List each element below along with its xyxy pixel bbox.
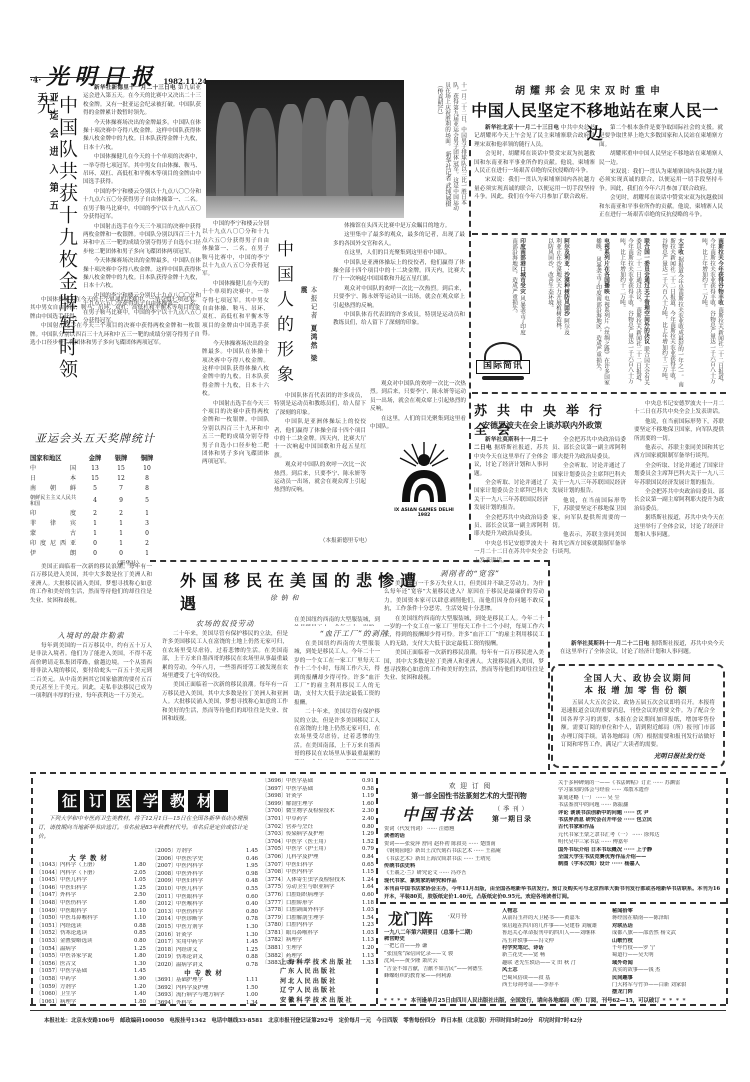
textbook-price: 0.80	[128, 938, 146, 946]
textbook-price: 1.52	[356, 839, 374, 847]
intl-news-item: 联合国一委员会通过关于管理空间外的决议 联合国大会有关委员会二十二日通过决议。 …	[614, 238, 650, 388]
intl-news-item: 大丰收 据报道今年是南斯拉夫农业收成最好的一年之一。 南斯拉夫新闻社二十二日报道…	[654, 238, 684, 388]
textbook-name: 口腔矫形学	[286, 900, 356, 908]
textbook-name: 中医妇科学	[176, 878, 240, 886]
textbook-price: 1.25	[128, 946, 146, 954]
immigrant-section-body: 在美国纽约西南的大型服装城，到处是移民工人。今年二十一岁的一个女工在一家工厂里每…	[294, 640, 380, 760]
textbook-row: 〔3708〕中医内科学1.15	[262, 869, 374, 877]
textbook-name: 中医方剂学	[176, 924, 240, 932]
section-heading: 秘闻拾零	[612, 908, 722, 915]
textbook-price: 0.46	[240, 856, 258, 864]
notice-box: 全国人大、政协会议期间 本报增加零售份额 五届人大五次会议、政协五届五次会议即将…	[551, 664, 725, 768]
textbook-row: 〔2007〕中医内科学1.95	[152, 863, 258, 871]
intl-news-item: 阿尔及利亚：沙漠种树防风固沙 阿尔及利亚正在沙漠地区大力开展植树造林，以防风固沙…	[530, 238, 570, 338]
asian-games-body-cont: 中国体操健儿在今天的十个单项的决赛中，一举夺得七项冠军。其中男女自由体操、鞍马、…	[30, 296, 200, 378]
textbook-row: 〔1055〕中医各家学说1.80	[36, 953, 146, 961]
textbook-price: 1.80	[128, 953, 146, 961]
textbook-code: 〔2007〕	[152, 863, 176, 871]
immigrant-intro: 美国正面临着一次新的移民浪潮。每年有一百万移民进入美国，其中大多数是拉丁美洲人和…	[30, 563, 152, 625]
textbook-code: 〔3777〕	[262, 900, 286, 908]
textbook-name: 中医学基础	[60, 968, 128, 976]
textbook-row: 〔1053〕金匮要略选读0.80	[36, 938, 146, 946]
textbook-row: 〔2016〕针灸学1.30	[152, 932, 258, 940]
textbook-price: 1.60	[128, 900, 146, 908]
textbook-name: 中医妇科学	[60, 885, 128, 893]
toc-item: 沈风——黄少隆 萧庆云	[384, 958, 496, 965]
textbook-name: 中医眼科学	[60, 908, 128, 916]
toc-item: 关于多种碑刻的一——《书法碑帖》订正 ······ 苏渊雷	[558, 780, 724, 787]
textbook-code: 〔1048〕	[36, 900, 60, 908]
textbook-code: 〔3708〕	[262, 869, 286, 877]
textbook-code: 〔1043〕	[36, 862, 60, 870]
textbook-name: 中医儿科学	[176, 886, 240, 894]
textbook-price: 0.85	[128, 930, 146, 938]
medal-table-header: 国家和地区 金牌 银牌 铜牌	[30, 452, 160, 463]
textbook-row: 〔3705〕中医学（护士用）0.79	[262, 846, 374, 854]
textbook-row: 〔1054〕温病学1.25	[36, 946, 146, 954]
toc-item: 明代吴中三家书法 ······ 傅嘉年	[558, 839, 724, 846]
textbook-name: 病理学	[286, 937, 356, 945]
notice-body: 五届人大五次会议、政协五届五次会议即将召开。本报将迅速报道会议的重要消息，刊登会…	[561, 699, 715, 749]
toc-item: 《钢刻园地》新出土汉代刻石书法艺术 ······ 王福庵	[384, 848, 554, 855]
textbook-row: 〔3698〕针灸学1.19	[262, 793, 374, 801]
textbook-name: 中医学基础	[286, 778, 356, 786]
textbook-code: 〔3696〕	[262, 778, 286, 786]
medal-row: 蒙古110	[30, 528, 160, 538]
footer-rule	[30, 1010, 726, 1011]
hu-article-col2: 第二个根本条件是要争取国际社会的支援。就是要争取世界上绝大多数国家和人民站在柬埔…	[599, 124, 723, 228]
textbook-price: 2.50	[128, 892, 146, 900]
textbook-code: 〔3691〕	[152, 977, 176, 985]
textbook-code: 〔1057〕	[36, 968, 60, 976]
textbook-name: 口腔颌面外科学	[286, 907, 356, 915]
textbook-row: 〔3707〕中医妇科学0.65	[262, 862, 374, 870]
textbook-row: 〔3700〕微生物学及检验技术2.30	[262, 808, 374, 816]
med-textbooks-title-text: 征订医学教材	[58, 790, 228, 812]
intl-news-item: 南斯拉夫今年获得谷物丰收 南斯拉夫新闻社二十二日报道，今年南斯拉夫农业获得丰收，…	[688, 238, 724, 388]
textbook-price: 1.03	[356, 907, 374, 915]
notice-title-1: 全国人大、政协会议期间	[561, 672, 715, 684]
textbook-name: 中医学（护士用）	[286, 846, 356, 854]
longmenzhen-col1: 稗官野史一把匕首——孙 谦“张国焘”深信回忆录——文 骏沈风——黄少隆 萧庆云“…	[384, 936, 496, 994]
hu-article-kicker: 胡耀邦会见宋双时重申	[480, 82, 700, 97]
toc-item: 贺词——张爱萍 舒同 赵朴初 陈叔亮 ······ 楚图南	[384, 841, 554, 848]
textbook-price: 1.95	[240, 863, 258, 871]
longmenzhen-footer: * * * * 本刊逢单月25日由四川人民出版社出版，全国发行，请向各地邮局（所…	[384, 996, 724, 1004]
toc-item: 篆刻述略（一） ······ 吴 尘	[558, 795, 724, 802]
textbook-code: 〔1058〕	[36, 976, 60, 984]
textbook-price: 1.54	[356, 915, 374, 923]
immigrant-byline: 徐钠和	[270, 592, 330, 602]
textbook-price: 1.25	[128, 885, 146, 893]
page-number: ·4·	[30, 75, 41, 85]
section-heading: 风土志	[502, 967, 606, 974]
textbook-row: 〔3701〕中草药学2.40	[262, 816, 374, 824]
textbook-price: 1.30	[240, 924, 258, 932]
textbook-price: 1.30	[240, 932, 258, 940]
calligraphy-footer: 本刊由中国书法家协会主办，今年11月出版，由全国各地新华书店发行。预订及购买可与…	[384, 886, 724, 902]
textbook-name: 口腔解剖生理学	[286, 915, 356, 923]
textbook-row: 〔3776〕口腔组织病理学0.60	[262, 892, 374, 900]
photo-caption: 十一月二十二日，中国男子排球队以三比一胜日本队，获得第九届亚运会男子团体冠军。这…	[407, 82, 467, 212]
textbook-name: 中医内科学	[176, 863, 240, 871]
publisher-name: 上海科学技术出版社	[280, 958, 370, 967]
immigrant-section-title: 入境时的敲诈勒索	[30, 630, 152, 641]
toc-item: 蜂蝶组织的教育家——何利源	[384, 973, 496, 980]
textbook-code: 〔3700〕	[262, 808, 286, 816]
textbook-code: 〔1050〕	[36, 915, 60, 923]
toc-item: 蒋经国在赣南——陈泽昭	[612, 915, 722, 922]
textbook-name: 解剖生理学	[286, 801, 356, 809]
textbook-name: 中医医学史	[176, 856, 240, 864]
medal-row: 印度尼西亚012	[30, 538, 160, 548]
toc-item: 蜀道行——吴天明	[612, 952, 722, 959]
textbook-price: 1.45	[240, 848, 258, 856]
textbook-name: 内科学（上册）	[60, 862, 128, 870]
textbook-row: 〔1060〕卫生学1.40	[36, 991, 146, 999]
medal-row: 南朝鲜578	[30, 483, 160, 493]
toc-item: 全国大学生书法竞赛优秀作品介绍——	[558, 854, 724, 861]
textbook-code: 〔1052〕	[36, 930, 60, 938]
column-divider	[548, 560, 551, 770]
medal-row: 伊朗001	[30, 548, 160, 558]
toc-item: 评论 谈谈书法创新中的问题 ······ 沈 尹	[558, 810, 724, 817]
ad-border-right	[726, 778, 729, 1004]
image-article-headline: 中国人的形象	[270, 240, 294, 390]
med-textbooks-title: 征订医学教材	[58, 790, 238, 812]
section-heading: 域外奇闻	[612, 960, 722, 967]
section-divider	[472, 392, 726, 395]
textbook-price: 0.88	[128, 923, 146, 931]
toc-item: “张国焘”深信回忆录——文 骏	[384, 951, 496, 958]
ad-border-left	[31, 778, 34, 1004]
textbook-code: 〔2009〕	[152, 878, 176, 886]
textbook-price: 1.60	[356, 801, 374, 809]
toc-item: 西王母祠考证——李荐平	[502, 982, 606, 989]
textbook-code: 〔3776〕	[262, 892, 286, 900]
textbook-name: 伤寒论选读	[60, 930, 128, 938]
soviet-col2: 全会把苏共中央政治局委员、部长会议第一副主席阿利耶夫提升为政治局委员。 全会听取…	[552, 436, 626, 636]
section-heading: 村学究笔记、诗话	[502, 945, 606, 952]
medal-table: 国家和地区 金牌 银牌 铜牌 中国131510 日本15128 南朝鲜578 朝…	[30, 452, 160, 558]
med-textbooks-intro: 下列大学和中专医药卫生类教材，将于12月1日—15日在全国各新华书店办理预订，请…	[38, 815, 248, 843]
toc-item: 巴蜀风俗谈——叔 基	[502, 975, 606, 982]
textbook-price: 2.05	[128, 870, 146, 878]
textbook-name: 金匮要略选读	[60, 938, 128, 946]
toc-item: 《书法艺术》新出上海汉简隶书法 ······ 王靖宪	[384, 856, 554, 863]
textbook-price: 0.98	[240, 871, 258, 879]
textbook-name: 卫生学	[60, 991, 128, 999]
longmenzhen-frequency: ·双月刊·	[448, 912, 488, 920]
textbook-code: 〔3782〕	[262, 937, 286, 945]
image-article-source: （本报新德里专电）	[290, 537, 400, 546]
textbook-name: 内科学（下册）	[60, 870, 128, 878]
textbook-name: 中医伤科学	[176, 909, 240, 917]
textbook-code: 〔3706〕	[262, 854, 286, 862]
soviet-lower: 新华社莫斯科十一月二十二日电 据塔斯社报道，苏共中央今天在这里举行了全体会议，讨…	[560, 640, 724, 658]
immigrant-col3-top: 在美国纽约西南的大型服装城，到处是移民工人。今年二十一岁的一个女工在一家工厂里每…	[294, 616, 380, 626]
textbook-row: 〔3693〕流行病学与地方病学1.00	[152, 992, 258, 1000]
footer-info: 本报社址：北京永安路106号 邮政编码100050 电报挂号1342 电话中继线…	[44, 1016, 724, 1024]
textbook-name: 流行病学与地方病学	[176, 992, 240, 1000]
textbook-price: 0.80	[356, 824, 374, 832]
ad-border-right	[376, 778, 379, 1004]
section-divider	[150, 560, 550, 563]
medal-row: 印度221	[30, 508, 160, 518]
toc-item: 现代书家、篆刻家的研究和作品	[384, 878, 554, 884]
toc-item: 制图（字本汉简）设计 ······ 杨嘉人	[558, 861, 724, 868]
textbook-price: 1.10	[128, 915, 146, 923]
emblem-caption: IX ASIAN GAMES DELHI 1982	[392, 508, 456, 518]
textbook-name: 中医伤科学	[60, 900, 128, 908]
longmenzhen-col2: 人物志从前冯玉祥的大卫秘书——黄嘉禾梁启超在四川的几件事——吴建春 刘履雄鲁迅关…	[502, 908, 606, 994]
textbook-price: 2.30	[356, 808, 374, 816]
textbook-price: 0.60	[240, 894, 258, 902]
toc-item: 成都八旗——邵浩然 杨文武	[612, 930, 722, 937]
textbook-price: 1.13	[356, 937, 374, 945]
textbook-name: 口腔组织病理学	[286, 892, 356, 900]
textbook-name: 医古文	[60, 961, 128, 969]
section-divider	[30, 772, 726, 775]
toc-item: 书法界消息 研究会召开年会 ······ 包立民	[558, 817, 724, 824]
publisher-name: 辽宁人民出版社	[280, 986, 370, 995]
section-divider	[472, 233, 726, 236]
textbook-code: 〔2012〕	[152, 901, 176, 909]
textbook-name: 中医诊断学	[176, 916, 240, 924]
calligraphy-welcome: 欢迎订阅	[432, 780, 512, 790]
textbook-price: 1.80	[128, 862, 146, 870]
medal-table-block: 亚运会头五天奖牌统计 国家和地区 金牌 银牌 铜牌 中国131510 日本151…	[30, 430, 160, 560]
textbook-price: 0.78	[240, 916, 258, 924]
asian-games-body-col2: 中国的李宁和楼云分别以十九点八〇〇分和十九点六五〇分获得男子自由体操第一、二名。…	[202, 220, 269, 560]
textbook-name: 中医耳鼻喉科学	[60, 915, 128, 923]
textbook-name: 生理学	[286, 945, 356, 953]
publisher-list: 上海科学技术出版社广东人民出版社河北人民出版社辽宁人民出版社安徽科学技术出版社	[280, 958, 370, 1008]
textbook-price: 0.48	[240, 878, 258, 886]
textbook-name: 外科学	[60, 892, 128, 900]
textbook-name: 针灸学	[176, 932, 240, 940]
textbook-name: 内经讲义	[176, 947, 240, 955]
textbook-name: 方剂学	[176, 848, 240, 856]
textbook-price: 1.11	[240, 977, 258, 985]
intl-news-column-title: 国际简讯	[476, 360, 530, 374]
textbook-row: 〔3703〕传染病学及护理1.29	[262, 831, 374, 839]
toc-item: 梁启超在四川的几件事——吴建春 刘履雄	[502, 923, 606, 930]
textbook-price: 0.40	[240, 901, 258, 909]
textbook-row: 〔2019〕伤寒论讲义0.88	[152, 954, 258, 962]
textbook-name: 中医学（医士用）	[286, 839, 356, 847]
medal-row: 朝鲜民主主义人民共和国495	[30, 493, 160, 508]
textbook-row: 〔2012〕中医喉科学0.40	[152, 901, 258, 909]
textbook-code: 〔3705〕	[262, 846, 286, 854]
textbook-row: 〔1045〕中医儿科学1.05	[36, 877, 146, 885]
longmenzhen-col3: 秘闻拾零蒋经国在赣南——陈泽昭对联丛话成都八旗——邵浩然 杨文武山歌竹枝千年竹枝…	[612, 908, 722, 994]
intl-news-block: 南斯拉夫今年获得谷物丰收 南斯拉夫新闻社二十二日报道，今年南斯拉夫农业获得丰收，…	[472, 238, 726, 390]
toc-item: 《王羲之·兰》研究论文 ······ 冯亦吾	[384, 870, 554, 877]
textbook-price: 1.24	[356, 877, 374, 885]
textbook-price: 1.20	[128, 984, 146, 992]
textbook-row: 〔1058〕中药学1.90	[36, 976, 146, 984]
calligraphy-ad: 欢迎订阅 第一部全国性书法篆刻艺术的大型刊物 中国书法 （季刊） 第一期目录 贺…	[382, 778, 726, 918]
textbook-name: 中医外科学	[176, 871, 240, 879]
textbook-code: 〔3693〕	[152, 992, 176, 1000]
image-article-body: 体操馆在头四天比赛中是万众瞩目的地方。 这里集中了最多的观众，最多的记者，出现了…	[333, 222, 465, 382]
longmenzhen-ad: 龙门阵 ·双月刊· 一九八二年第六期要目（总第十二期） 稗官野史一把匕首——孙 …	[382, 908, 726, 1006]
image-article-byline: 本报记者 夏鸿然 梁 震	[296, 286, 318, 366]
asian-games-emblem: IX ASIAN GAMES DELHI 1982	[392, 440, 456, 520]
textbook-name: 口腔内科学	[286, 922, 356, 930]
textbook-price: 0.84	[356, 854, 374, 862]
immigrant-section-title: 农场的奴役劳动	[162, 618, 288, 629]
immigrant-section-title: 剥削者的“宽容”	[400, 568, 540, 579]
textbook-name: 中草药学	[286, 816, 356, 824]
textbook-row: 〔3775〕劳动卫生与职业病学1.64	[262, 884, 374, 892]
textbook-row: 〔1052〕伤寒论选读0.85	[36, 930, 146, 938]
textbook-row: 〔1047〕外科学2.50	[36, 892, 146, 900]
longmenzhen-issue: 一九八二年第六期要目（总第十二期）	[384, 928, 504, 936]
vocational-textbooks-heading: 中专教材	[170, 968, 240, 977]
toc-item: 趣联 老先生轶话——文 田 秋 汀	[502, 960, 606, 967]
calligraphy-toc-left: 贺词（代发刊词） ······ 汪德翘读者的话贺词——张爱萍 舒同 赵朴初 陈叔…	[384, 826, 554, 884]
intl-news-logo: 国际简讯	[476, 342, 530, 384]
asian-games-dateline: 新华社新德里十一月二十三日电	[94, 85, 176, 91]
toc-item: 学习篆刻的体会与经验 ······ 邓散木遗作	[558, 787, 724, 794]
textbook-price: 0.55	[240, 886, 258, 894]
textbook-price: 1.15	[356, 869, 374, 877]
textbook-code: 〔2010〕	[152, 886, 176, 894]
toc-item: 书法鉴赏中的问题 ······ 陈振濂	[558, 802, 724, 809]
hu-article-col1: 新华社北京十一月二十三日电 中共中央总书记胡耀邦今天上午会见了民主柬埔寨联合政府…	[474, 124, 595, 228]
toc-item: 贺词（代发刊词） ······ 汪德翘	[384, 826, 554, 833]
university-textbooks-heading: 大学教材	[60, 853, 120, 862]
textbook-name: 中医学基础	[286, 786, 356, 794]
volleyball-team-photo	[206, 80, 404, 218]
textbook-name: 基础护理学	[176, 977, 240, 985]
textbook-price: 1.10	[128, 908, 146, 916]
textbook-code: 〔1045〕	[36, 877, 60, 885]
notice-signature: 光明日报社发行处	[561, 751, 715, 760]
sun-emblem-icon	[392, 440, 456, 504]
textbook-price: 1.18	[356, 900, 374, 908]
textbook-code: 〔2019〕	[152, 954, 176, 962]
publisher-name: 广东人民出版社	[280, 967, 370, 976]
toc-item: 鲁迅关心革命报刊中的四川人——刘继林	[502, 930, 606, 937]
longmenzhen-title: 龙门阵	[388, 908, 448, 929]
textbook-name: 方剂学	[60, 984, 128, 992]
textbook-price: 0.88	[240, 954, 258, 962]
textbook-price: 1.03	[356, 930, 374, 938]
calligraphy-tagline: 第一部全国性书法篆刻艺术的大型刊物	[384, 790, 554, 800]
toc-item: 新兰花史——宽 畅	[502, 952, 606, 959]
toc-item: 门大将军与竹笋——白新 刘家骐	[612, 982, 722, 989]
textbook-row: 〔2005〕方剂学1.45	[152, 848, 258, 856]
textbook-row: 〔3778〕口腔颌面外科学1.03	[262, 907, 374, 915]
textbook-name: 中医内科学	[286, 869, 356, 877]
soviet-headline: 苏共中央举行全会	[474, 400, 634, 438]
textbook-row: 〔3782〕病理学1.13	[262, 937, 374, 945]
textbook-price: 1.90	[128, 976, 146, 984]
textbook-name: 中医各家学说	[60, 953, 128, 961]
textbook-price: 1.23	[356, 922, 374, 930]
immigrant-section-body: 每年到美国的一百万移民中，约有五十万人是非法入境者。他们为了能进入美国，不得不花…	[30, 642, 152, 760]
textbook-list-col3: 〔3696〕中医学基础0.91〔3697〕中医学基础0.58〔3698〕针灸学1…	[262, 778, 374, 964]
textbook-name: 温病学	[60, 946, 128, 954]
textbook-code: 〔3703〕	[262, 831, 286, 839]
section-heading: 人物志	[502, 908, 606, 915]
textbook-name: 劳动卫生与职业病学	[286, 884, 356, 892]
medal-row: 菲律宾113	[30, 518, 160, 528]
textbook-price: 0.78	[240, 962, 258, 968]
textbook-price: 1.19	[356, 793, 374, 801]
textbook-code: 〔1054〕	[36, 946, 60, 954]
medal-row: 中国131510	[30, 463, 160, 473]
image-article-body-cont: 中国队体育代表团的许多成员，特别是运动员和教练员们，给人留下了深刻的印象。 中国…	[274, 392, 366, 526]
masthead-rule	[30, 77, 130, 78]
soviet-subhead: 安德罗波夫在会上谈苏联内外政策	[482, 420, 632, 431]
textbook-price: 1.45	[240, 939, 258, 947]
textbook-price: 2.40	[356, 816, 374, 824]
textbook-code: 〔3778〕	[262, 907, 286, 915]
textbook-price: 1.30	[128, 961, 146, 969]
textbook-row: 〔2010〕中医儿科学0.55	[152, 886, 258, 894]
textbook-list-col2: 〔2005〕方剂学1.45〔2006〕中医医学史0.46〔2007〕中医内科学1…	[152, 848, 258, 968]
textbook-row: 〔3696〕中医学基础0.91	[262, 778, 374, 786]
textbook-row: 〔2017〕实用中药学1.45	[152, 939, 258, 947]
textbook-code: 〔2005〕	[152, 848, 176, 856]
immigrant-section-body: 二十年来，美国尽管有保护移民的立法，但是许多美国移民工人在富饶的土地上仍然无家可…	[162, 630, 288, 760]
section-heading: 摆龙门阵	[612, 989, 722, 994]
calligraphy-title: 中国书法	[402, 802, 492, 825]
textbook-price: 1.45	[128, 968, 146, 976]
textbook-name: 中医喉科学	[176, 901, 240, 909]
section-heading: 稗官野史	[384, 936, 496, 943]
textbook-code: 〔1060〕	[36, 991, 60, 999]
textbook-code: 〔2015〕	[152, 924, 176, 932]
textbook-code: 〔3780〕	[262, 922, 286, 930]
toc-item: 古代书家和作品	[558, 824, 724, 831]
publisher-name: 河北人民出版社	[280, 977, 370, 986]
textbook-code: 〔1053〕	[36, 938, 60, 946]
image-article-body-col3: 观众对中国队的欢呼一次比一次热烈。到后来，只要李宁、陈永妍等运动员一出场，就会在…	[370, 380, 466, 438]
toc-item: 千年竹枝——罗 宁	[612, 945, 722, 952]
textbook-price: 1.05	[128, 877, 146, 885]
textbook-name: 实用中药学	[176, 939, 240, 947]
textbook-name: 内科学及护理	[176, 985, 240, 993]
textbook-price: 0.65	[356, 862, 374, 870]
textbook-name: 儿科学及护理	[286, 854, 356, 862]
textbook-price: 0.58	[356, 786, 374, 794]
section-heading: 对联丛话	[612, 923, 722, 930]
textbook-price: 1.25	[240, 947, 258, 955]
calligraphy-toc-right: 关于多种碑刻的一——《书法碑帖》订正 ······ 苏渊雷学习篆刻的体会与经验 …	[558, 780, 724, 884]
textbook-name: 传染病学及护理	[286, 831, 356, 839]
textbook-row: 〔3881〕生理学1.20	[262, 945, 374, 953]
textbook-name: 营养与烹饪	[286, 824, 356, 832]
calligraphy-frequency: （季刊）	[494, 804, 544, 813]
textbook-row: 〔3706〕儿科学及护理0.84	[262, 854, 374, 862]
textbook-price: 1.20	[356, 945, 374, 953]
section-heading: 民间趣事	[612, 975, 722, 982]
textbook-list-col1: 〔1043〕内科学（上册）1.80〔1044〕内科学（下册）2.05〔1045〕…	[36, 862, 146, 1006]
textbook-price: 0.60	[356, 892, 374, 900]
toc-item: 一把匕首——孙 谦	[384, 943, 496, 950]
textbook-row: 〔2014〕中医诊断学0.78	[152, 916, 258, 924]
textbook-code: 〔1059〕	[36, 984, 60, 992]
textbook-code: 〔1055〕	[36, 953, 60, 961]
textbook-code: 〔3701〕	[262, 816, 286, 824]
section-divider	[380, 902, 726, 905]
textbook-row: 〔2009〕中医妇科学0.48	[152, 878, 258, 886]
